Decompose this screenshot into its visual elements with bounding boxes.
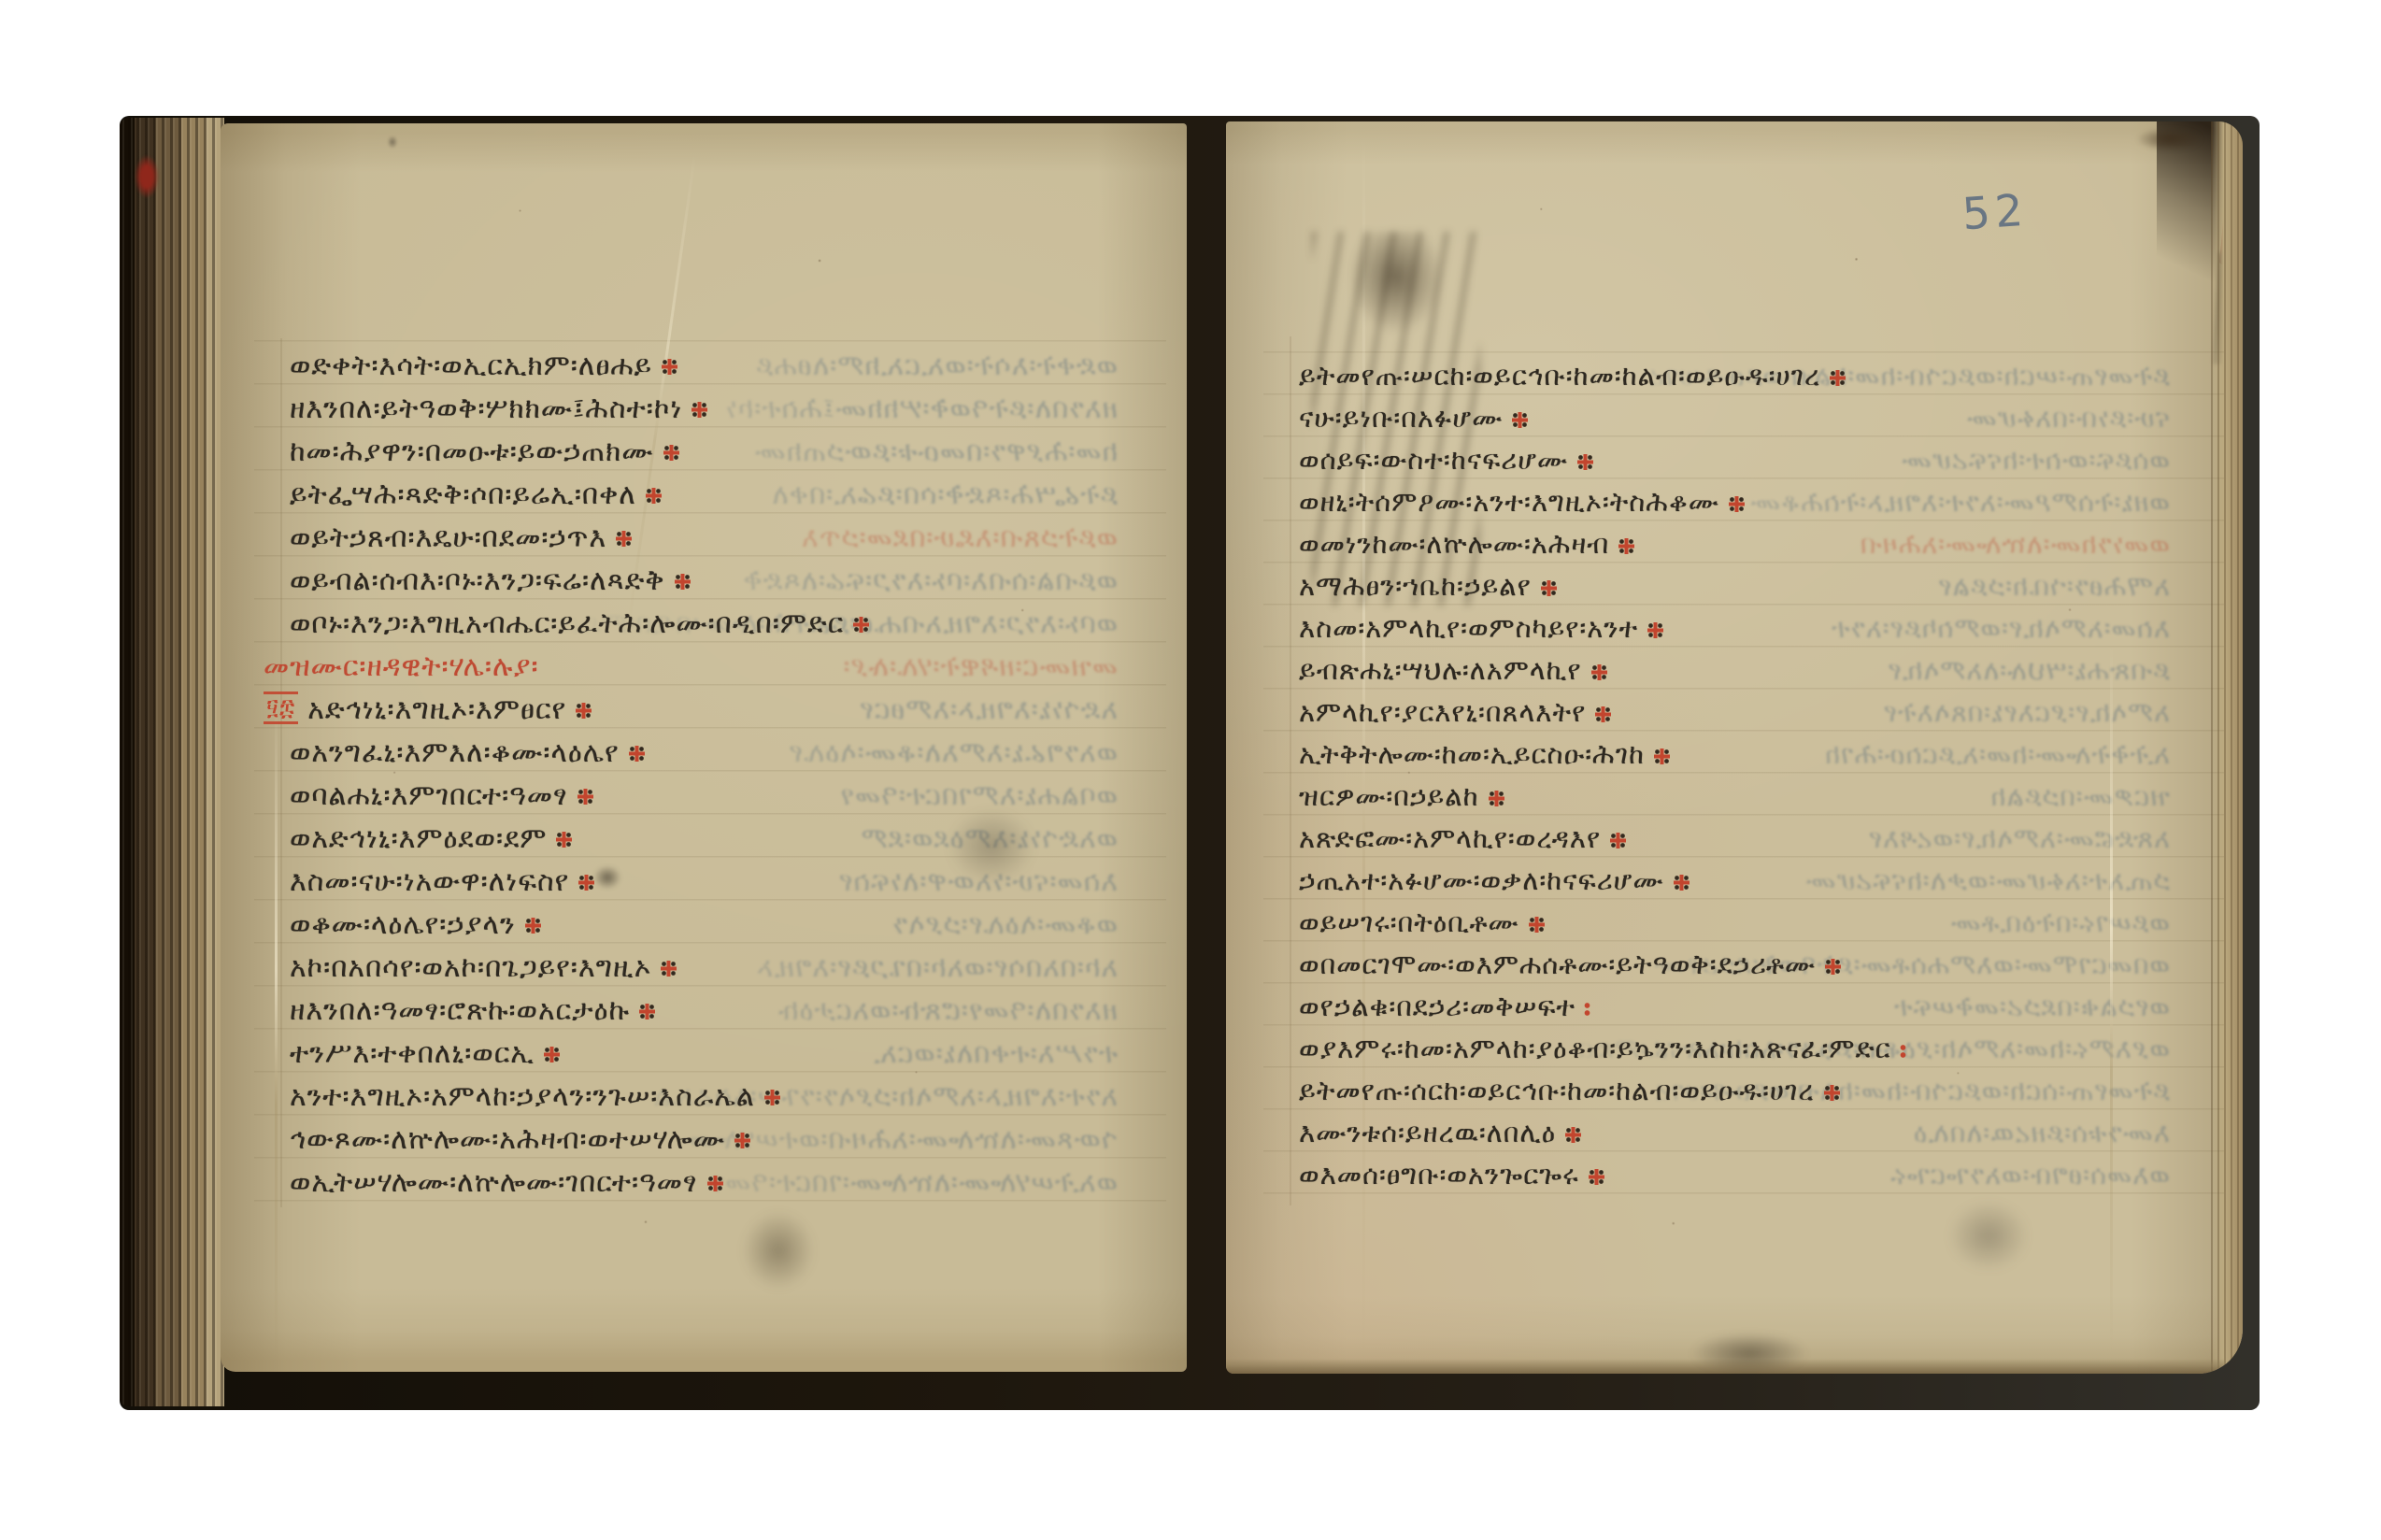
line-text: አጽድፎሙ፡አምላኪየ፡ወረዳእየ bbox=[1299, 822, 1601, 854]
manuscript-line-right-14: ወይሠገሩ፡በትዕቢቶሙ bbox=[1299, 903, 2237, 945]
manuscript-line-right-19: እሙንቱሰ፡ይዘረዉ፡ለበሊዕ bbox=[1299, 1113, 2237, 1155]
manuscript-line-left-9: ፶፰አድኅነኒ፡እግዚኦ፡እምፀርየ bbox=[264, 690, 1177, 733]
line-text: እስመ፡ናሁ፡ነአውዋ፡ለነፍስየ bbox=[290, 865, 569, 898]
line-text: ወኢትሠሃሎሙ፡ለኵሎሙ፡ገበርተ፡ዓመፃ bbox=[290, 1166, 698, 1199]
red-cross-separator-icon bbox=[1729, 496, 1745, 512]
red-cross-separator-icon bbox=[1512, 412, 1528, 428]
line-text: ወቦኑ፡እንጋ፡እግዚአብሔር፡ይፈትሕ፡ሎሙ፡በዲበ፡ምድር bbox=[290, 607, 844, 640]
red-cross-separator-icon bbox=[1618, 538, 1634, 554]
manuscript-line-left-8: መዝሙር፡ዘዳዊት፡ሃሌ፡ሉያ፡ bbox=[264, 647, 1177, 690]
left-page-text: ወድቀት፡እሳት፡ወኢርኢክም፡ለፀሐይዘእንበለ፡ይትዓወቅ፡ሦክክሙ፤ሕስተ… bbox=[290, 346, 1177, 1205]
red-cross-separator-icon bbox=[577, 789, 593, 805]
manuscript-line-right-4: ወዘኒ፡ትሰምዖሙ፡አንተ፡እግዚኦ፡ትስሕቆሙ bbox=[1299, 482, 2237, 524]
line-text: ተንሥእ፡ተቀበለኒ፡ወርኢ bbox=[290, 1037, 535, 1070]
manuscript-line-right-3: ወሰይፍ፡ውስተ፡ከናፍሪሆሙ bbox=[1299, 440, 2237, 482]
manuscript-line-left-19: ኅውጾሙ፡ለኵሎሙ፡አሕዛብ፡ወተሠሃሎሙ bbox=[290, 1119, 1177, 1162]
manuscript-line-left-4: ይትፌሣሕ፡ጻድቅ፡ሶበ፡ይሬኢ፡በቀለ bbox=[290, 475, 1177, 518]
line-text: ኃጢአተ፡አፉሆሙ፡ወቃለ፡ከናፍሪሆሙ bbox=[1299, 864, 1664, 896]
book: ወድቀት፡እሳት፡ወኢርኢክም፡ለፀሐይዘእንበለ፡ይትዓወቅ፡ሦክክሙ፤ሕስተ… bbox=[120, 116, 2260, 1410]
line-text: ወይትኃጸብ፡እዴሁ፡በደመ፡ኃጥእ bbox=[290, 521, 606, 554]
line-text: ዘእንበለ፡ይትዓወቅ፡ሦክክሙ፤ሕስተ፡ኮነ bbox=[290, 392, 682, 425]
manuscript-line-right-16: ወየኃልቁ፡በደኃሪ፡መቅሠፍተ bbox=[1299, 987, 2237, 1029]
manuscript-line-right-2: ናሁ፡ይነቡ፡በአፉሆሙ bbox=[1299, 398, 2237, 440]
manuscript-line-right-15: ወበመርገሞሙ፡ወእምሐሰቶሙ፡ይትዓወቅ፡ደኃሪቶሙ bbox=[1299, 945, 2237, 987]
line-text: ወይሠገሩ፡በትዕቢቶሙ bbox=[1299, 906, 1519, 938]
red-cross-separator-icon bbox=[616, 531, 632, 547]
manuscript-line-left-20: ወኢትሠሃሎሙ፡ለኵሎሙ፡ገበርተ፡ዓመፃ bbox=[290, 1162, 1177, 1205]
manuscript-line-right-17: ወያእምሩ፡ከመ፡አምላከ፡ያዕቆብ፡ይኴንን፡እስከ፡አጽናፈ፡ምድር bbox=[1299, 1029, 2237, 1071]
manuscript-line-right-1: ይትመየጡ፡ሠርከ፡ወይርኅቡ፡ከመ፡ከልብ፡ወይዑዱ፡ሀገረ bbox=[1299, 356, 2237, 398]
red-cross-separator-icon bbox=[707, 1176, 723, 1191]
left-page: ወድቀት፡እሳት፡ወኢርኢክም፡ለፀሐይዘእንበለ፡ይትዓወቅ፡ሦክክሙ፤ሕስተ… bbox=[221, 123, 1187, 1372]
manuscript-line-left-15: አኮ፡በአበሳየ፡ወአኮ፡በጌጋይየ፡እግዚኦ bbox=[290, 948, 1177, 991]
manuscript-line-right-18: ይትመየጡ፡ሰርከ፡ወይርኅቡ፡ከመ፡ከልብ፡ወይዑዱ፡ሀገረ bbox=[1299, 1071, 2237, 1113]
manuscript-line-right-8: ይብጽሐኒ፡ሣህሉ፡ለአምላኪየ bbox=[1299, 650, 2237, 692]
line-text: ወእመሰ፡ፀግቡ፡ወአንጐርጐሩ bbox=[1299, 1159, 1579, 1191]
manuscript-line-left-3: ከመ፡ሕያዋን፡በመዑቱ፡ይውኃጠክሙ bbox=[290, 432, 1177, 475]
red-cross-separator-icon bbox=[629, 746, 645, 762]
red-cross-separator-icon bbox=[1489, 791, 1504, 806]
line-text: ወበመርገሞሙ፡ወእምሐሰቶሙ፡ይትዓወቅ፡ደኃሪቶሙ bbox=[1299, 948, 1816, 980]
red-cross-separator-icon bbox=[734, 1133, 750, 1148]
red-double-dot-separator-icon bbox=[1583, 1001, 1591, 1017]
manuscript-line-left-16: ዘእንበለ፡ዓመፃ፡ሮጽኩ፡ወአርታዕኩ bbox=[290, 991, 1177, 1034]
manuscript-line-right-10: ኢትቅትሎሙ፡ከመ፡ኢይርስዑ፡ሕገከ bbox=[1299, 734, 2237, 777]
red-cross-separator-icon bbox=[1529, 917, 1545, 933]
red-cross-separator-icon bbox=[1825, 959, 1841, 975]
red-cross-separator-icon bbox=[556, 832, 572, 848]
manuscript-line-left-14: ወቆሙ፡ላዕሌየ፡ኃያላን bbox=[290, 905, 1177, 948]
manuscript-line-right-9: አምላኪየ፡ያርእየኒ፡በጸላእትየ bbox=[1299, 692, 2237, 734]
red-cross-separator-icon bbox=[544, 1047, 560, 1062]
line-text: ወባልሐኒ፡እምገበርተ፡ዓመፃ bbox=[290, 779, 568, 812]
line-text: ይትመየጡ፡ሠርከ፡ወይርኅቡ፡ከመ፡ከልብ፡ወይዑዱ፡ሀገረ bbox=[1299, 360, 1820, 392]
red-cross-separator-icon bbox=[1589, 1169, 1604, 1185]
manuscript-line-left-6: ወይብል፡ሰብእ፡ቦኑ፡እንጋ፡ፍሬ፡ለጻድቅ bbox=[290, 561, 1177, 604]
red-cross-separator-icon bbox=[1541, 580, 1557, 596]
line-text: ናሁ፡ይነቡ፡በአፉሆሙ bbox=[1299, 402, 1503, 434]
manuscript-line-right-13: ኃጢአተ፡አፉሆሙ፡ወቃለ፡ከናፍሪሆሙ bbox=[1299, 861, 2237, 903]
red-cross-separator-icon bbox=[525, 918, 541, 934]
manuscript-line-right-12: አጽድፎሙ፡አምላኪየ፡ወረዳእየ bbox=[1299, 819, 2237, 861]
red-cross-separator-icon bbox=[578, 875, 594, 891]
line-text: ይትፌሣሕ፡ጻድቅ፡ሶበ፡ይሬኢ፡በቀለ bbox=[290, 478, 636, 511]
line-text: አንተ፡እግዚኦ፡አምላከ፡ኃያላን፡ንጉሠ፡እስራኤል bbox=[290, 1080, 755, 1113]
line-text: ኅውጾሙ፡ለኵሎሙ፡አሕዛብ፡ወተሠሃሎሙ bbox=[290, 1123, 725, 1156]
line-text: ወይብል፡ሰብእ፡ቦኑ፡እንጋ፡ፍሬ፡ለጻድቅ bbox=[290, 564, 665, 597]
line-text: ወድቀት፡እሳት፡ወኢርኢክም፡ለፀሐይ bbox=[290, 349, 652, 382]
left-page-edge-stack bbox=[120, 118, 224, 1406]
manuscript-line-left-1: ወድቀት፡እሳት፡ወኢርኢክም፡ለፀሐይ bbox=[290, 346, 1177, 389]
red-cross-separator-icon bbox=[1610, 833, 1626, 848]
red-cross-separator-icon bbox=[1565, 1127, 1581, 1143]
line-text: እሙንቱሰ፡ይዘረዉ፡ለበሊዕ bbox=[1299, 1117, 1556, 1148]
line-text: ወቆሙ፡ላዕሌየ፡ኃያላን bbox=[290, 908, 516, 941]
line-text: መዝሙር፡ዘዳዊት፡ሃሌ፡ሉያ፡ bbox=[264, 650, 539, 683]
line-text: አድኅነኒ፡እግዚኦ፡እምፀርየ bbox=[307, 693, 566, 726]
manuscript-line-left-12: ወአድኅነኒ፡እምዕደወ፡ደም bbox=[290, 819, 1177, 862]
line-text: አኮ፡በአበሳየ፡ወአኮ፡በጌጋይየ፡እግዚኦ bbox=[290, 951, 651, 984]
red-cross-separator-icon bbox=[576, 703, 592, 719]
red-cross-separator-icon bbox=[675, 574, 691, 590]
manuscript-line-right-11: ዝርዎሙ፡በኃይልከ bbox=[1299, 777, 2237, 819]
red-cross-separator-icon bbox=[646, 488, 662, 504]
line-text: ወዘኒ፡ትሰምዖሙ፡አንተ፡እግዚኦ፡ትስሕቆሙ bbox=[1299, 486, 1719, 518]
line-text: ወመነንከሙ፡ለኵሎሙ፡አሕዛብ bbox=[1299, 528, 1609, 560]
line-text: ወአድኅነኒ፡እምዕደወ፡ደም bbox=[290, 822, 547, 855]
line-text: ወሰይፍ፡ውስተ፡ከናፍሪሆሙ bbox=[1299, 444, 1568, 476]
line-text: ከመ፡ሕያዋን፡በመዑቱ፡ይውኃጠክሙ bbox=[290, 435, 654, 468]
red-cross-separator-icon bbox=[639, 1004, 655, 1020]
red-cross-separator-icon bbox=[764, 1090, 780, 1105]
line-text: አማሕፀን፡ኀቤከ፡ኃይልየ bbox=[1299, 570, 1532, 602]
manuscript-line-right-20: ወእመሰ፡ፀግቡ፡ወአንጐርጐሩ bbox=[1299, 1155, 2237, 1197]
manuscript-line-left-2: ዘእንበለ፡ይትዓወቅ፡ሦክክሙ፤ሕስተ፡ኮነ bbox=[290, 389, 1177, 432]
psalm-number-rubric: ፶፰ bbox=[264, 692, 298, 723]
manuscript-line-left-7: ወቦኑ፡እንጋ፡እግዚአብሔር፡ይፈትሕ፡ሎሙ፡በዲበ፡ምድር bbox=[290, 604, 1177, 647]
manuscript-line-left-11: ወባልሐኒ፡እምገበርተ፡ዓመፃ bbox=[290, 776, 1177, 819]
line-text: እስመ፡አምላኪየ፡ወምስካይየ፡አንተ bbox=[1299, 612, 1638, 644]
line-text: አምላኪየ፡ያርእየኒ፡በጸላእትየ bbox=[1299, 696, 1586, 728]
line-text: ወየኃልቁ፡በደኃሪ፡መቅሠፍተ bbox=[1299, 991, 1575, 1022]
red-cross-separator-icon bbox=[662, 359, 677, 375]
red-cross-separator-icon bbox=[1595, 706, 1611, 722]
red-cross-separator-icon bbox=[853, 617, 869, 633]
right-page-text: ይትመየጡ፡ሠርከ፡ወይርኅቡ፡ከመ፡ከልብ፡ወይዑዱ፡ሀገረናሁ፡ይነቡ፡በአ… bbox=[1299, 356, 2237, 1197]
line-text: ይትመየጡ፡ሰርከ፡ወይርኅቡ፡ከመ፡ከልብ፡ወይዑዱ፡ሀገረ bbox=[1299, 1075, 1815, 1106]
manuscript-line-left-5: ወይትኃጸብ፡እዴሁ፡በደመ፡ኃጥእ bbox=[290, 518, 1177, 561]
right-page: ይትመየጡ፡ሠርከ፡ወይርኅቡ፡ከመ፡ከልብ፡ወይዑዱ፡ሀገረናሁ፡ይነቡ፡በአ… bbox=[1226, 121, 2243, 1374]
red-cross-separator-icon bbox=[1674, 875, 1690, 891]
manuscript-line-right-5: ወመነንከሙ፡ለኵሎሙ፡አሕዛብ bbox=[1299, 524, 2237, 566]
red-cross-separator-icon bbox=[1577, 454, 1593, 470]
line-text: ኢትቅትሎሙ፡ከመ፡ኢይርስዑ፡ሕገከ bbox=[1299, 738, 1645, 770]
red-cross-separator-icon bbox=[663, 445, 679, 461]
manuscript-line-right-7: እስመ፡አምላኪየ፡ወምስካይየ፡አንተ bbox=[1299, 608, 2237, 650]
manuscript-line-left-10: ወአንግፈኒ፡እምእለ፡ቆሙ፡ላዕሌየ bbox=[290, 733, 1177, 776]
line-text: ዝርዎሙ፡በኃይልከ bbox=[1299, 780, 1479, 812]
edge-red-marker bbox=[135, 155, 159, 198]
manuscript-scan: ወድቀት፡እሳት፡ወኢርኢክም፡ለፀሐይዘእንበለ፡ይትዓወቅ፡ሦክክሙ፤ሕስተ… bbox=[0, 0, 2381, 1540]
manuscript-line-left-13: እስመ፡ናሁ፡ነአውዋ፡ለነፍስየ bbox=[290, 862, 1177, 905]
red-cross-separator-icon bbox=[1647, 622, 1663, 638]
red-cross-separator-icon bbox=[1654, 749, 1670, 764]
red-cross-separator-icon bbox=[661, 961, 677, 977]
manuscript-line-left-18: አንተ፡እግዚኦ፡አምላከ፡ኃያላን፡ንጉሠ፡እስራኤል bbox=[290, 1077, 1177, 1119]
red-cross-separator-icon bbox=[1591, 664, 1607, 680]
red-cross-separator-icon bbox=[1824, 1085, 1840, 1101]
line-text: ይብጽሐኒ፡ሣህሉ፡ለአምላኪየ bbox=[1299, 654, 1582, 686]
red-cross-separator-icon bbox=[691, 402, 707, 418]
manuscript-line-left-17: ተንሥእ፡ተቀበለኒ፡ወርኢ bbox=[290, 1034, 1177, 1077]
manuscript-line-right-6: አማሕፀን፡ኀቤከ፡ኃይልየ bbox=[1299, 566, 2237, 608]
red-cross-separator-icon bbox=[1830, 370, 1846, 386]
red-double-dot-separator-icon bbox=[1899, 1043, 1907, 1059]
line-text: ወአንግፈኒ፡እምእለ፡ቆሙ፡ላዕሌየ bbox=[290, 736, 620, 769]
line-text: ወያእምሩ፡ከመ፡አምላከ፡ያዕቆብ፡ይኴንን፡እስከ፡አጽናፈ፡ምድር bbox=[1299, 1033, 1891, 1064]
line-text: ዘእንበለ፡ዓመፃ፡ሮጽኩ፡ወአርታዕኩ bbox=[290, 994, 630, 1027]
